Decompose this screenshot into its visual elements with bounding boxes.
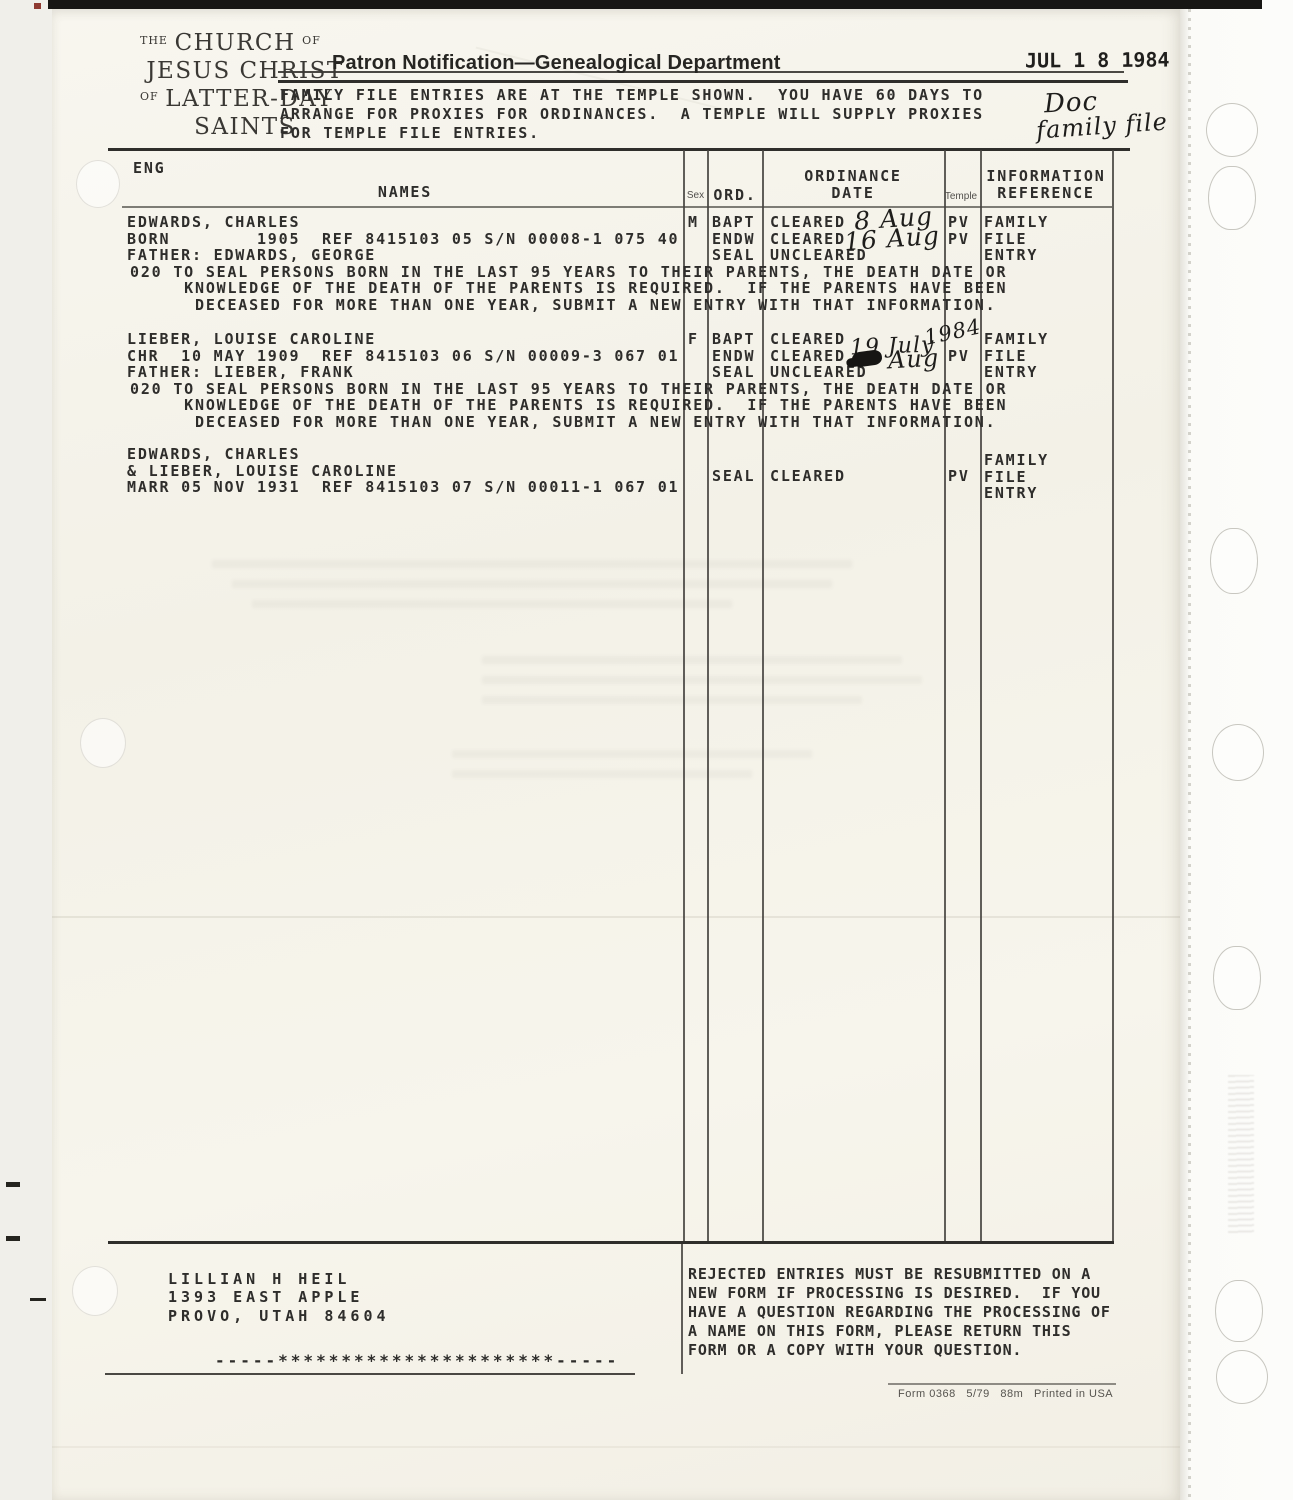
scan-mark	[6, 1236, 20, 1241]
date-stamp: JUL 1 8 1984	[1025, 47, 1170, 72]
ordinance-type: SEAL	[712, 364, 755, 381]
binder-hole	[1216, 1350, 1268, 1404]
ordinance-type: SEAL	[712, 247, 755, 264]
binder-hole	[1215, 1280, 1263, 1342]
reference-line: ENTRY	[984, 364, 1038, 381]
paper-crease	[52, 916, 1180, 918]
address-line: 1393 EAST APPLE	[168, 1289, 363, 1306]
intro-line: FAMILY FILE ENTRIES ARE AT THE TEMPLE SH…	[280, 87, 984, 104]
table-bottom-rule	[108, 1241, 1114, 1244]
entry-name-line: EDWARDS, CHARLES	[127, 214, 300, 231]
logo-of: OF	[302, 34, 321, 47]
form-info-rule	[888, 1383, 1116, 1385]
form-title: Patron Notification—Genealogical Departm…	[332, 52, 781, 75]
ordinance-status: CLEARED	[770, 468, 846, 485]
column-line	[1112, 150, 1114, 1241]
handwritten-ordinance-date: 16 Aug	[843, 221, 941, 257]
column-header-reference-1: INFORMATION	[980, 168, 1112, 185]
scan-mark	[6, 1182, 20, 1187]
column-header-names: NAMES	[127, 184, 683, 201]
column-header-ord: ORD.	[708, 187, 762, 204]
ordinance-status: CLEARED	[770, 231, 846, 248]
entry-name-line: FATHER: EDWARDS, GEORGE	[127, 247, 376, 264]
binder-hole	[1213, 946, 1261, 1010]
notice-line: A NAME ON THIS FORM, PLEASE RETURN THIS	[688, 1323, 1071, 1340]
notice-line: HAVE A QUESTION REGARDING THE PROCESSING…	[688, 1304, 1111, 1321]
entry-note-line: 020 TO SEAL PERSONS BORN IN THE LAST 95 …	[130, 381, 1007, 398]
ordinance-status: CLEARED	[770, 348, 846, 365]
ink-blot	[851, 349, 883, 368]
binder-hole	[1208, 166, 1256, 230]
entry-note-line: KNOWLEDGE OF THE DEATH OF THE PARENTS IS…	[130, 397, 1007, 414]
address-line: PROVO, UTAH 84604	[168, 1308, 390, 1325]
entry-name-line: & LIEBER, LOUISE CAROLINE	[127, 463, 398, 480]
punch-hole	[80, 718, 126, 768]
handwritten-ordinance-date: Aug	[887, 344, 940, 375]
reference-line: FILE	[984, 231, 1027, 248]
entry-sex: F	[688, 331, 699, 348]
punch-hole	[76, 160, 120, 208]
ordinance-type: ENDW	[712, 231, 755, 248]
ordinance-type: ENDW	[712, 348, 755, 365]
ordinance-status: CLEARED	[770, 331, 846, 348]
scan-mark	[30, 1298, 46, 1301]
entry-sex: M	[688, 214, 699, 231]
title-rule	[278, 80, 1128, 83]
column-header-sex: Sex	[684, 188, 707, 205]
column-header-ordinance-date-2: DATE	[762, 185, 944, 202]
paper-crease	[52, 1446, 1180, 1448]
logo-line-1: THE CHURCH OF	[140, 28, 350, 58]
entry-note-line: KNOWLEDGE OF THE DEATH OF THE PARENTS IS…	[130, 280, 1007, 297]
column-header-ordinance-date-1: ORDINANCE	[762, 168, 944, 185]
logo-of: OF	[140, 90, 159, 103]
temple-code: PV	[948, 231, 970, 248]
language-code: ENG	[133, 160, 166, 177]
ordinance-type: SEAL	[712, 468, 755, 485]
column-header-reference-2: REFERENCE	[980, 185, 1112, 202]
address-line: LILLIAN H HEIL	[168, 1270, 350, 1289]
temple-code: PV	[948, 348, 970, 365]
notice-line: NEW FORM IF PROCESSING IS DESIRED. IF YO…	[688, 1285, 1101, 1302]
binder-hole	[1212, 724, 1264, 781]
notice-line: REJECTED ENTRIES MUST BE RESUBMITTED ON …	[688, 1266, 1091, 1283]
entry-name-line: EDWARDS, CHARLES	[127, 446, 300, 463]
bottom-left-rule	[105, 1373, 635, 1375]
reference-line: FAMILY	[984, 331, 1049, 348]
ordinance-type: BAPT	[712, 331, 755, 348]
reference-line: FAMILY	[984, 214, 1049, 231]
punch-hole	[72, 1266, 118, 1316]
sleeve-perforation	[1188, 0, 1191, 1500]
column-line	[683, 150, 685, 1241]
column-line	[944, 150, 946, 1241]
scan-mark	[34, 3, 41, 9]
logo-the: THE	[140, 34, 168, 47]
ordinance-status: CLEARED	[770, 214, 846, 231]
table-top-rule	[108, 148, 1130, 151]
reference-line: ENTRY	[984, 247, 1038, 264]
intro-line: ARRANGE FOR PROXIES FOR ORDINANCES. A TE…	[280, 106, 984, 123]
reference-line: FAMILY	[984, 452, 1049, 469]
ordinance-type: BAPT	[712, 214, 755, 231]
scan-edge-top	[48, 0, 1262, 9]
binder-sleeve	[1180, 0, 1293, 1500]
column-line	[707, 150, 709, 1241]
reference-line: FILE	[984, 348, 1027, 365]
intro-line: FOR TEMPLE FILE ENTRIES.	[280, 125, 540, 142]
entry-name-line: FATHER: LIEBER, FRANK	[127, 364, 354, 381]
logo-line-2: JESUS CHRIST	[140, 58, 350, 84]
scanned-document: THE CHURCH OF JESUS CHRIST OF LATTER-DAY…	[0, 0, 1293, 1500]
entry-note-line: DECEASED FOR MORE THAN ONE YEAR, SUBMIT …	[130, 414, 996, 431]
entry-name-line: MARR 05 NOV 1931 REF 8415103 07 S/N 0001…	[127, 479, 679, 496]
column-line	[762, 150, 764, 1241]
header-underline	[122, 206, 1112, 208]
entry-name-line: LIEBER, LOUISE CAROLINE	[127, 331, 376, 348]
entry-name-line: BORN 1905 REF 8415103 05 S/N 00008-1 075…	[127, 231, 679, 248]
document-paper: THE CHURCH OF JESUS CHRIST OF LATTER-DAY…	[52, 8, 1180, 1500]
column-header-temple: Temple	[942, 189, 980, 206]
separator-line: -----**********************-----	[215, 1353, 619, 1370]
footer-divider	[681, 1244, 683, 1374]
temple-code: PV	[948, 468, 970, 485]
entry-note-line: 020 TO SEAL PERSONS BORN IN THE LAST 95 …	[130, 264, 1007, 281]
notice-line: FORM OR A COPY WITH YOUR QUESTION.	[688, 1342, 1022, 1359]
column-line	[980, 150, 982, 1241]
logo-church: CHURCH	[175, 30, 296, 56]
binder-hole	[1210, 528, 1258, 594]
ordinance-status: UNCLEARED	[770, 364, 867, 381]
reference-line: FILE	[984, 469, 1027, 486]
entry-name-line: CHR 10 MAY 1909 REF 8415103 06 S/N 00009…	[127, 348, 679, 365]
binder-hole	[1206, 103, 1258, 157]
temple-code: PV	[948, 214, 970, 231]
sleeve-watermark	[1228, 1075, 1254, 1235]
entry-note-line: DECEASED FOR MORE THAN ONE YEAR, SUBMIT …	[130, 297, 996, 314]
reference-line: ENTRY	[984, 485, 1038, 502]
form-info: Form 0368 5/79 88m Printed in USA	[898, 1388, 1113, 1400]
